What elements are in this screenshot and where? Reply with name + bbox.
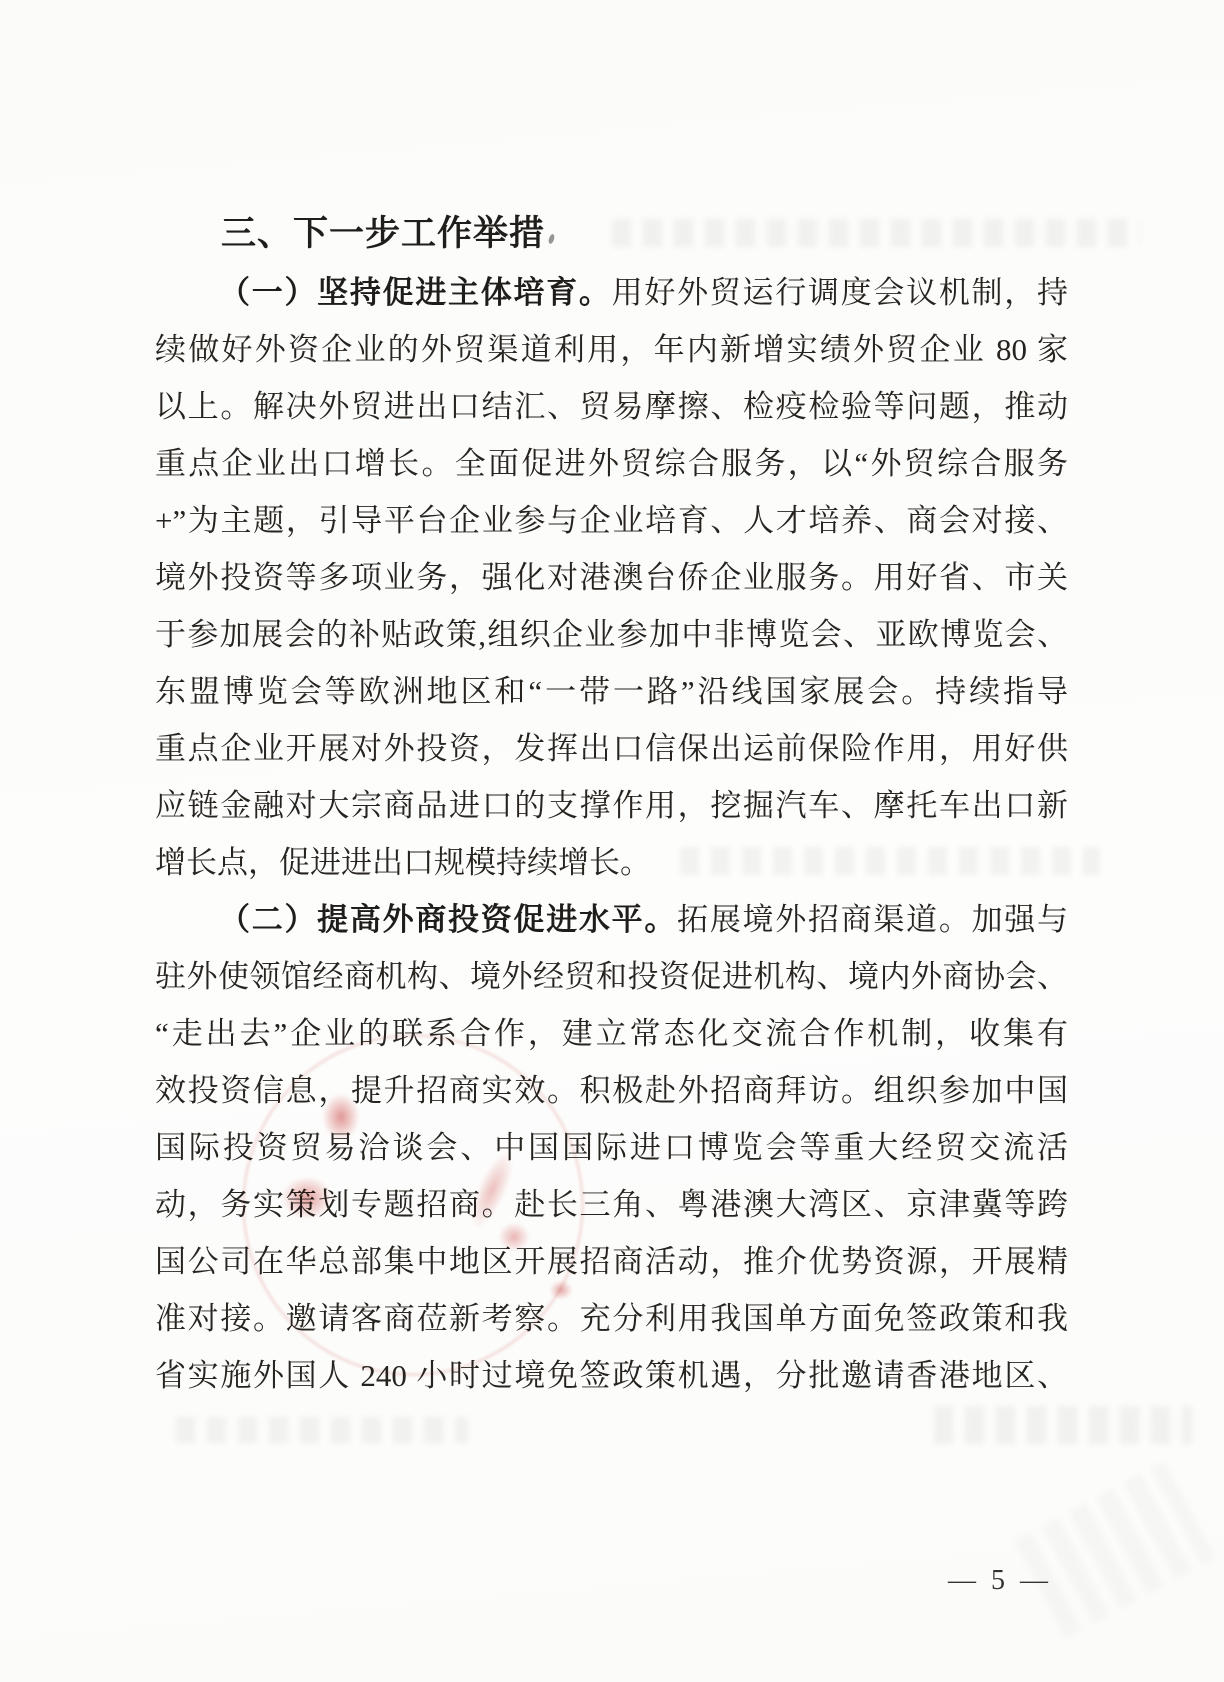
scanned-document-page: 三、下一步工作举措 （一）坚持促进主体培育。用好外贸运行调度会议机制，持 续做好… [0,0,1224,1682]
body-line: +”为主题，引导平台企业参与企业培育、人才培养、商会对接、 [155,492,1068,549]
body-text: 拓展境外招商渠道。加强与 [677,902,1068,937]
body-text: 于参加展会的补贴政策,组织企业参加中非博览会、亚欧博览会、 [155,617,1068,652]
body-text: 东盟博览会等欧洲地区和“一带一路”沿线国家展会。持续指导 [155,674,1068,709]
ink-bleed-ghost [680,847,1100,875]
body-line: 于参加展会的补贴政策,组织企业参加中非博览会、亚欧博览会、 [155,606,1068,663]
red-seal-ink-smudge [498,1222,530,1252]
body-line: 东盟博览会等欧洲地区和“一带一路”沿线国家展会。持续指导 [155,663,1068,720]
red-seal-ink-smudge [322,1093,360,1141]
body-text: 驻外使领馆经商机构、境外经贸和投资促进机构、境内外商协会、 [155,959,1068,994]
scan-speck [548,233,556,244]
subsection-title: （一）坚持促进主体培育。 [219,275,612,310]
body-text: 省实施外国人 240 小时过境免签政策机遇，分批邀请香港地区、 [155,1358,1068,1393]
body-text: 境外投资等多项业务，强化对港澳台侨企业服务。用好省、市关 [155,560,1068,595]
red-seal-ink-smudge [549,1280,573,1300]
ink-bleed-ghost [612,219,1140,247]
red-seal-ink-smudge [281,1176,333,1220]
body-line: 境外投资等多项业务，强化对港澳台侨企业服务。用好省、市关 [155,549,1068,606]
subsection-title: （二）提高外商投资促进水平。 [219,902,677,937]
ink-bleed-ghost [934,1406,1192,1444]
section-heading: 三、下一步工作举措 [221,206,545,256]
body-line: 重点企业出口增长。全面促进外贸综合服务，以“外贸综合服务 [155,435,1068,492]
body-text: +”为主题，引导平台企业参与企业培育、人才培养、商会对接、 [155,503,1068,538]
body-text: 续做好外资企业的外贸渠道利用，年内新增实绩外贸企业 80 家 [155,332,1068,367]
body-line: 重点企业开展对外投资，发挥出口信保出运前保险作用，用好供 [155,720,1068,777]
body-text: 以上。解决外贸进出口结汇、贸易摩擦、检疫检验等问题，推动 [155,389,1068,424]
scan-streak [1014,1462,1216,1639]
body-line: 应链金融对大宗商品进口的支撑作用，挖掘汽车、摩托车出口新 [155,777,1068,834]
body-text: 重点企业出口增长。全面促进外贸综合服务，以“外贸综合服务 [155,446,1068,481]
body-line: 续做好外资企业的外贸渠道利用，年内新增实绩外贸企业 80 家 [155,321,1068,378]
body-line: 省实施外国人 240 小时过境免签政策机遇，分批邀请香港地区、 [155,1347,1068,1404]
body-text: 用好外贸运行调度会议机制，持 [612,275,1068,310]
body-line: 以上。解决外贸进出口结汇、贸易摩擦、检疫检验等问题，推动 [155,378,1068,435]
body-line: （一）坚持促进主体培育。用好外贸运行调度会议机制，持 [155,264,1068,321]
body-text: 重点企业开展对外投资，发挥出口信保出运前保险作用，用好供 [155,731,1068,766]
body-line: （二）提高外商投资促进水平。拓展境外招商渠道。加强与 [155,891,1068,948]
ink-bleed-ghost [176,1417,468,1443]
body-text: “走出去”企业的联系合作，建立常态化交流合作机制，收集有 [155,1016,1068,1051]
body-line: “走出去”企业的联系合作，建立常态化交流合作机制，收集有 [155,1005,1068,1062]
page-number: — 5 — [948,1565,1052,1597]
body-line: 驻外使领馆经商机构、境外经贸和投资促进机构、境内外商协会、 [155,948,1068,1005]
body-text: 增长点，促进进出口规模持续增长。 [155,845,651,880]
body-text: 应链金融对大宗商品进口的支撑作用，挖掘汽车、摩托车出口新 [155,788,1068,823]
